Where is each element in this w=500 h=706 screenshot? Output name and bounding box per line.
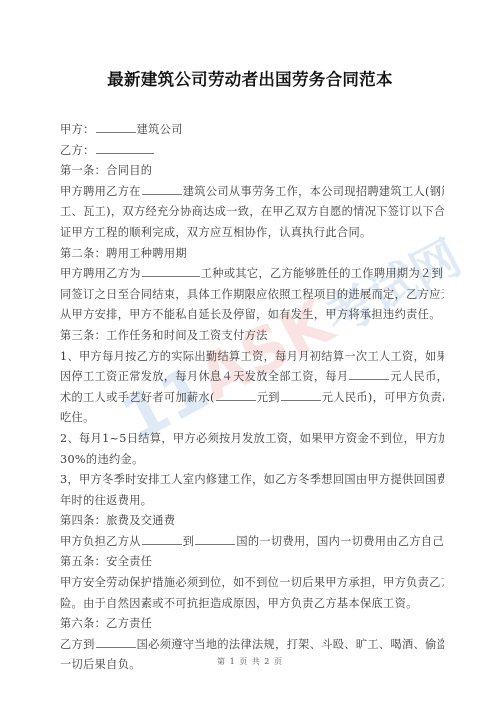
party-b-line: 乙方：	[60, 141, 444, 162]
page-number: 第 1 页 共 2 页	[0, 656, 500, 667]
text-fragment: 甲方聘用乙方在	[60, 185, 141, 198]
section-1-line-1: 甲方聘用乙方在建筑公司从事劳务工作，本公司现招聘建筑工人(钢筋工、木	[60, 182, 444, 203]
section-5-heading: 第五条：安全责任	[60, 552, 444, 573]
section-3-line-2: 因停工工资正常发放，每月休息４天发放全部工资，每月元人民币，如有技	[60, 367, 444, 388]
section-6-line-1: 乙方到国必须遵守当地的法律法规，打架、斗殴、旷工、喝酒、偷盗财物等	[60, 635, 444, 656]
company-blank	[142, 182, 182, 195]
raise-max-blank	[281, 388, 321, 401]
section-2-line-1: 甲方聘用乙方为工种或其它，乙方能够胜任的工作聘用期为２到５年自合	[60, 264, 444, 285]
party-a-line: 甲方：建筑公司	[60, 120, 444, 141]
document-body: 甲方：建筑公司 乙方： 第一条：合同目的 甲方聘用乙方在建筑公司从事劳务工作，本…	[60, 120, 444, 676]
section-3-line-7: 3，甲方冬季时安排工人室内修建工作，如乙方冬季想回国由甲方提供回国费用以及来	[60, 470, 444, 491]
section-2-line-2: 同签订之日至合同结束，具体工作期限应依照工程项目的进展而定，乙方应无条件服	[60, 285, 444, 306]
section-1-heading: 第一条：合同目的	[60, 161, 444, 182]
monthly-wage-blank	[349, 367, 389, 380]
text-fragment: 乙方到	[60, 638, 95, 651]
text-fragment: 元人民币，如有技	[390, 370, 444, 383]
section-3-line-8: 年时的往返费用。	[60, 491, 444, 512]
text-fragment: 术的工人或手艺好者可加薪水(	[60, 391, 215, 404]
text-fragment: 甲方负担乙方从	[60, 535, 141, 548]
text-fragment: 元到	[257, 391, 280, 404]
text-fragment: 国的一切费用，国内一切费用由乙方自己承担。	[236, 535, 444, 548]
text-fragment: 元人民币)，可甲方负责乙方的	[322, 391, 444, 404]
party-b-label: 乙方：	[60, 144, 95, 157]
section-4-line-1: 甲方负担乙方从到国的一切费用，国内一切费用由乙方自己承担。	[60, 532, 444, 553]
party-a-suffix: 建筑公司	[137, 123, 183, 136]
section-3-line-3: 术的工人或手艺好者可加薪水(元到元人民币)，可甲方负责乙方的	[60, 388, 444, 409]
country-blank	[96, 635, 136, 648]
section-3-line-5: 2、每月1~5日结算，甲方必须按月发放工资，如果甲方资金不到位，甲方加付工资	[60, 429, 444, 450]
text-fragment: 到	[183, 535, 195, 548]
document-page: 11ASK考试网 最新建筑公司劳动者出国劳务合同范本 甲方：建筑公司 乙方： 第…	[0, 0, 500, 706]
section-4-heading: 第四条：旅费及交通费	[60, 511, 444, 532]
text-fragment: 因停工工资正常发放，每月休息４天发放全部工资，每月	[60, 370, 348, 383]
text-fragment: 工种或其它，乙方能够胜任的工作聘用期为２到５年自合	[201, 267, 444, 280]
section-5-line-2: 险。由于自然因素或不可抗拒造成原因，甲方负责乙方基本保底工资。	[60, 594, 444, 615]
text-fragment: 国必须遵守当地的法律法规，打架、斗殴、旷工、喝酒、偷盗财物等	[137, 638, 444, 651]
party-a-blank	[96, 120, 136, 133]
section-5-line-1: 甲方安全劳动保护措施必须到位，如不到位一切后果甲方承担，甲方负责乙方人身保	[60, 573, 444, 594]
text-fragment: 建筑公司从事劳务工作，本公司现招聘建筑工人(钢筋工、木	[183, 185, 444, 198]
section-1-line-2: 工、瓦工)，双方经充分协商达成一致，在甲乙双方自愿的情况下签订以下合同。为保	[60, 202, 444, 223]
origin-blank	[142, 532, 182, 545]
document-title: 最新建筑公司劳动者出国劳务合同范本	[0, 66, 500, 90]
raise-min-blank	[216, 388, 256, 401]
party-b-blank	[96, 141, 154, 154]
section-2-line-3: 从甲方安排，甲方不能私自延长及停留，如有发生，甲方将承担违约责任。	[60, 305, 444, 326]
text-fragment: 甲方聘用乙方为	[60, 267, 141, 280]
section-6-heading: 第六条：乙方责任	[60, 614, 444, 635]
party-a-label: 甲方：	[60, 123, 95, 136]
section-3-line-6: 30%的违约金。	[60, 450, 444, 471]
section-1-line-3: 证甲方工程的顺利完成，双方应互相协作，认真执行此合同。	[60, 223, 444, 244]
destination-blank	[195, 532, 235, 545]
section-3-line-1: 1、甲方每月按乙方的实际出勤结算工资，每月月初结算一次工人工资，如果因甲方原	[60, 347, 444, 368]
section-2-heading: 第二条：聘用工种聘用期	[60, 244, 444, 265]
section-3-heading: 第三条：工作任务和时间及工资支付方法	[60, 326, 444, 347]
section-3-line-4: 吃住。	[60, 408, 444, 429]
job-type-blank	[142, 264, 200, 277]
